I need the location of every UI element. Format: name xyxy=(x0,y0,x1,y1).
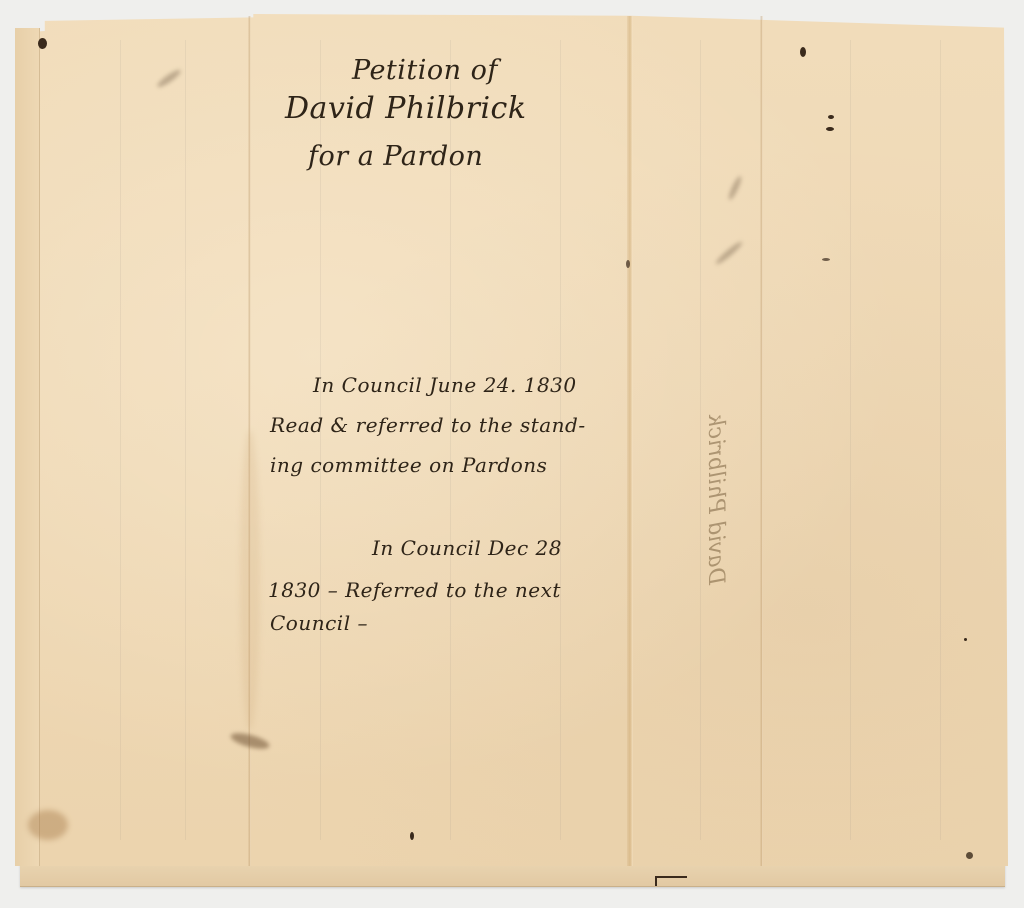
ink-speck xyxy=(626,260,630,268)
fold-stain xyxy=(240,430,260,730)
paper-sheet xyxy=(15,14,1008,866)
endorsement-1-line-3: ing committee on Pardons xyxy=(270,450,547,480)
endorsement-1-line-2: Read & referred to the stand- xyxy=(270,410,586,440)
ink-speck xyxy=(822,258,830,261)
docket-title-line-2: David Philbrick xyxy=(285,92,527,126)
ink-blot xyxy=(38,38,47,49)
fold-crease-center xyxy=(627,16,633,866)
bleed-line xyxy=(185,40,186,840)
document-scan: Petition of David Philbrick for a Pardon… xyxy=(0,0,1024,908)
docket-title-line-3: for a Pardon xyxy=(308,140,483,174)
endorsement-1-line-1: In Council June 24. 1830 xyxy=(313,370,577,400)
endorsement-2-line-2: 1830 – Referred to the next xyxy=(268,575,561,605)
foxing-stain xyxy=(28,810,68,840)
bleed-line xyxy=(940,40,941,840)
docket-title-line-1: Petition of xyxy=(352,54,498,88)
bleed-line xyxy=(850,40,851,840)
endorsement-2-line-1: In Council Dec 28 xyxy=(372,533,562,563)
ink-blot xyxy=(800,47,806,57)
ink-speck xyxy=(964,638,967,641)
bleed-line xyxy=(700,40,701,840)
ink-speck xyxy=(410,832,414,840)
fold-crease-right xyxy=(760,16,763,866)
ink-speck xyxy=(826,127,834,131)
bleed-through-signature: David Philbrick xyxy=(703,413,728,585)
ink-speck xyxy=(828,115,834,119)
left-torn-flap xyxy=(15,28,40,866)
bleed-line xyxy=(120,40,121,840)
bottom-fold-tab xyxy=(655,876,687,886)
ink-speck xyxy=(966,852,973,859)
endorsement-2-line-3: Council – xyxy=(270,608,368,638)
bleed-line xyxy=(560,40,561,840)
